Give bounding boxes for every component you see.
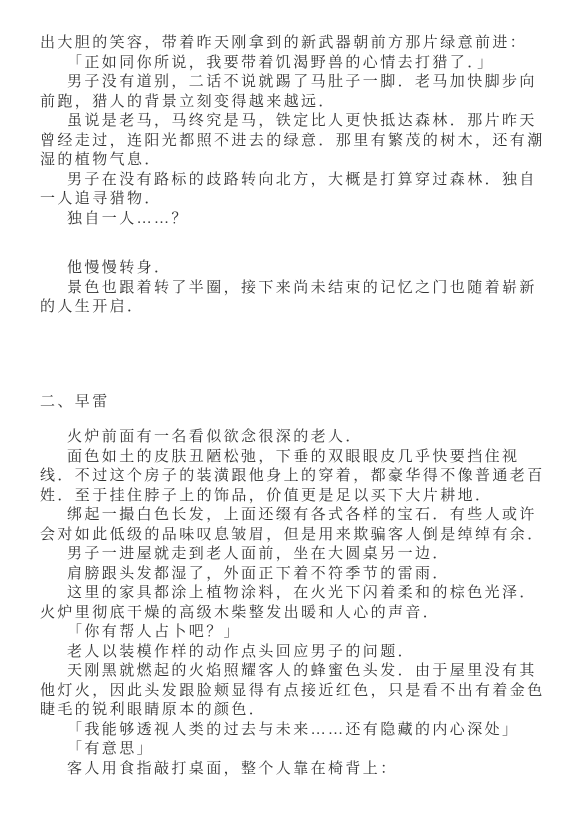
text-line: 客人用食指敲打桌面，整个人靠在椅背上：	[40, 760, 547, 780]
text-line: 肩膀跟头发都湿了，外面正下着不符季节的雷雨．	[40, 565, 547, 585]
text-line: 会对如此低级的品味叹息皱眉，但是用来欺骗客人倒是绰绰有余．	[40, 526, 547, 546]
text-line: 「有意思」	[40, 740, 547, 760]
text-line: 「正如同你所说，我要带着饥渴野兽的心情去打猎了．」	[40, 54, 547, 74]
section-heading: 二、早雷	[40, 393, 547, 413]
text-line: 睫毛的锐利眼睛原本的颜色．	[40, 701, 547, 721]
text-line: 男子在没有路标的歧路转向北方，大概是打算穿过森林．独自	[40, 171, 547, 191]
text-line: 独自一人……？	[40, 210, 547, 230]
text-line: 这里的家具都涂上植物涂料，在火光下闪着柔和的棕色光泽．	[40, 584, 547, 604]
text-line: 面色如土的皮肤丑陋松弛，下垂的双眼眼皮几乎快要挡住视	[40, 448, 547, 468]
text-line: 「你有帮人占卜吧？」	[40, 623, 547, 643]
text-line: 「我能够透视人类的过去与未来……还有隐藏的内心深处」	[40, 721, 547, 741]
text-line: 一人追寻猎物．	[40, 190, 547, 210]
text-line: 线．不过这个房子的装潢跟他身上的穿着，都豪华得不像普通老百	[40, 467, 547, 487]
text-line: 景色也跟着转了半圈，接下来尚未结束的记忆之门也随着崭新	[40, 279, 547, 299]
text-line: 男子一进屋就走到老人面前，坐在大圆桌另一边．	[40, 545, 547, 565]
text-line: 出大胆的笑容，带着昨天刚拿到的新武器朝前方那片绿意前进：	[40, 34, 547, 54]
text-line: 湿的植物气息．	[40, 151, 547, 171]
text-line: 姓．至于挂住脖子上的饰品，价值更是足以买下大片耕地．	[40, 487, 547, 507]
text-line: 他慢慢转身．	[40, 259, 547, 279]
text-line: 前跑，猎人的背景立刻变得越来越远．	[40, 93, 547, 113]
text-line: 天刚黑就燃起的火焰照耀客人的蜂蜜色头发．由于屋里没有其	[40, 662, 547, 682]
text-line: 男子没有道别，二话不说就踢了马肚子一脚．老马加快脚步向	[40, 73, 547, 93]
text-block: 出大胆的笑容，带着昨天刚拿到的新武器朝前方那片绿意前进：「正如同你所说，我要带着…	[40, 34, 547, 779]
text-line: 曾经走过，连阳光都照不进去的绿意．那里有繁茂的树木，还有潮	[40, 132, 547, 152]
text-line: 的人生开启．	[40, 298, 547, 318]
text-line: 火炉里彻底干燥的高级木柴整发出暖和人心的声音．	[40, 604, 547, 624]
text-line: 火炉前面有一名看似欲念很深的老人．	[40, 428, 547, 448]
text-line: 他灯火，因此头发跟脸颊显得有点接近红色，只是看不出有着金色	[40, 682, 547, 702]
document-page: 出大胆的笑容，带着昨天刚拿到的新武器朝前方那片绿意前进：「正如同你所说，我要带着…	[0, 0, 583, 828]
text-line: 虽说是老马，马终究是马，铁定比人更快抵达森林．那片昨天	[40, 112, 547, 132]
text-line: 绑起一撮白色长发，上面还缀有各式各样的宝石．有些人或许	[40, 506, 547, 526]
text-line: 老人以装模作样的动作点头回应男子的问题．	[40, 643, 547, 663]
